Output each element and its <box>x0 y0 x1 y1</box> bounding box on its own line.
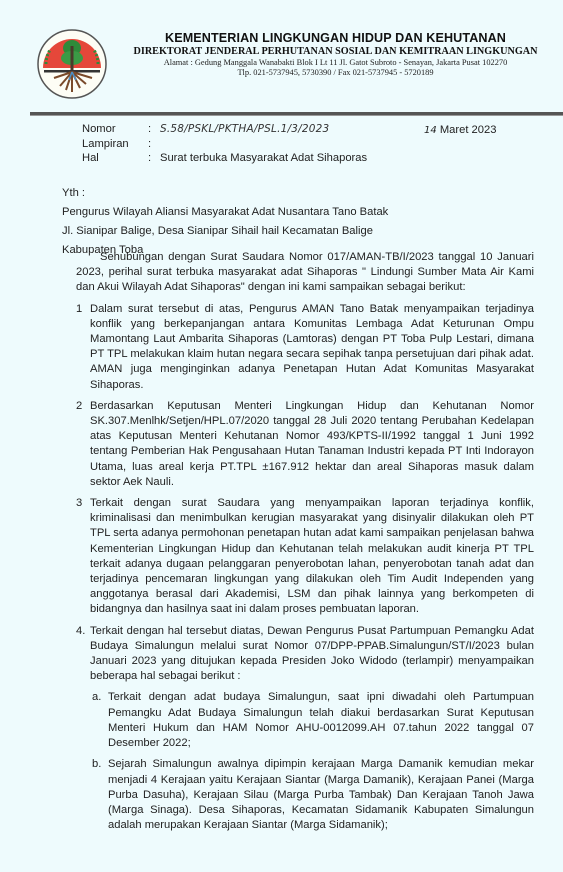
ministry-logo-icon <box>36 28 108 100</box>
sub-item-text: Terkait dengan adat budaya Simalungun, s… <box>108 690 534 751</box>
item-text: Dalam surat tersebut di atas, Pengurus A… <box>90 302 534 393</box>
item-number: 2 <box>76 399 82 414</box>
directorate-name: DIREKTORAT JENDERAL PERHUTANAN SOSIAL DA… <box>108 46 563 58</box>
hal-value: Surat terbuka Masyarakat Adat Sihaporas <box>160 151 367 165</box>
lampiran-row: Lampiran : <box>82 137 542 152</box>
nomor-label: Nomor <box>82 122 116 136</box>
colon: : <box>148 122 151 136</box>
item-text: Berdasarkan Keputusan Menteri Lingkungan… <box>90 399 534 490</box>
addressee-block: Yth : Pengurus Wilayah Aliansi Masyaraka… <box>62 184 388 260</box>
letter-body: Sehubungan dengan Surat Saudara Nomor 01… <box>76 250 534 839</box>
sub-item-letter: b. <box>92 757 101 772</box>
item-text: Terkait dengan hal tersebut diatas, Dewa… <box>90 624 534 685</box>
ministry-name: KEMENTERIAN LINGKUNGAN HIDUP DAN KEHUTAN… <box>108 31 563 46</box>
ministry-phone: Tlp. 021-5737945, 5730390 / Fax 021-5737… <box>108 68 563 78</box>
sub-list-item: b. Sejarah Simalungun awalnya dipimpin k… <box>90 757 534 833</box>
letterhead: KEMENTERIAN LINGKUNGAN HIDUP DAN KEHUTAN… <box>0 0 563 108</box>
list-item: 3 Terkait dengan surat Saudara yang meny… <box>76 496 534 618</box>
sub-item-letter: a. <box>92 690 101 705</box>
list-item: 4. Terkait dengan hal tersebut diatas, D… <box>76 624 534 834</box>
date-month-year: Maret 2023 <box>440 124 497 136</box>
sub-list-item: a. Terkait dengan adat budaya Simalungun… <box>90 690 534 751</box>
item-number: 3 <box>76 496 82 511</box>
lampiran-label: Lampiran <box>82 137 129 151</box>
item-number: 1 <box>76 302 82 317</box>
sub-item-text: Sejarah Simalungun awalnya dipimpin kera… <box>108 757 534 833</box>
hal-label: Hal <box>82 151 99 165</box>
hal-row: Hal : Surat terbuka Masyarakat Adat Siha… <box>82 151 542 166</box>
list-item: 1 Dalam surat tersebut di atas, Pengurus… <box>76 302 534 393</box>
letter-date: 14 Maret 2023 <box>424 124 496 136</box>
item-text: Terkait dengan surat Saudara yang menyam… <box>90 496 534 618</box>
list-item: 2 Berdasarkan Keputusan Menteri Lingkung… <box>76 399 534 490</box>
addressee-line: Jl. Sianipar Balige, Desa Sianipar Sihai… <box>62 222 388 241</box>
salutation: Yth : <box>62 184 388 203</box>
colon: : <box>148 151 151 165</box>
ministry-address: Alamat : Gedung Manggala Wanabakti Blok … <box>108 58 563 68</box>
letterhead-divider <box>30 112 563 116</box>
item-number: 4. <box>76 624 85 639</box>
letterhead-text: KEMENTERIAN LINGKUNGAN HIDUP DAN KEHUTAN… <box>108 31 563 78</box>
intro-paragraph: Sehubungan dengan Surat Saudara Nomor 01… <box>76 250 534 296</box>
nomor-value: S.58/PSKL/PKTHA/PSL.1/3/2023 <box>160 122 329 136</box>
colon: : <box>148 137 151 151</box>
addressee-line: Pengurus Wilayah Aliansi Masyarakat Adat… <box>62 203 388 222</box>
date-day: 14 <box>424 125 437 136</box>
